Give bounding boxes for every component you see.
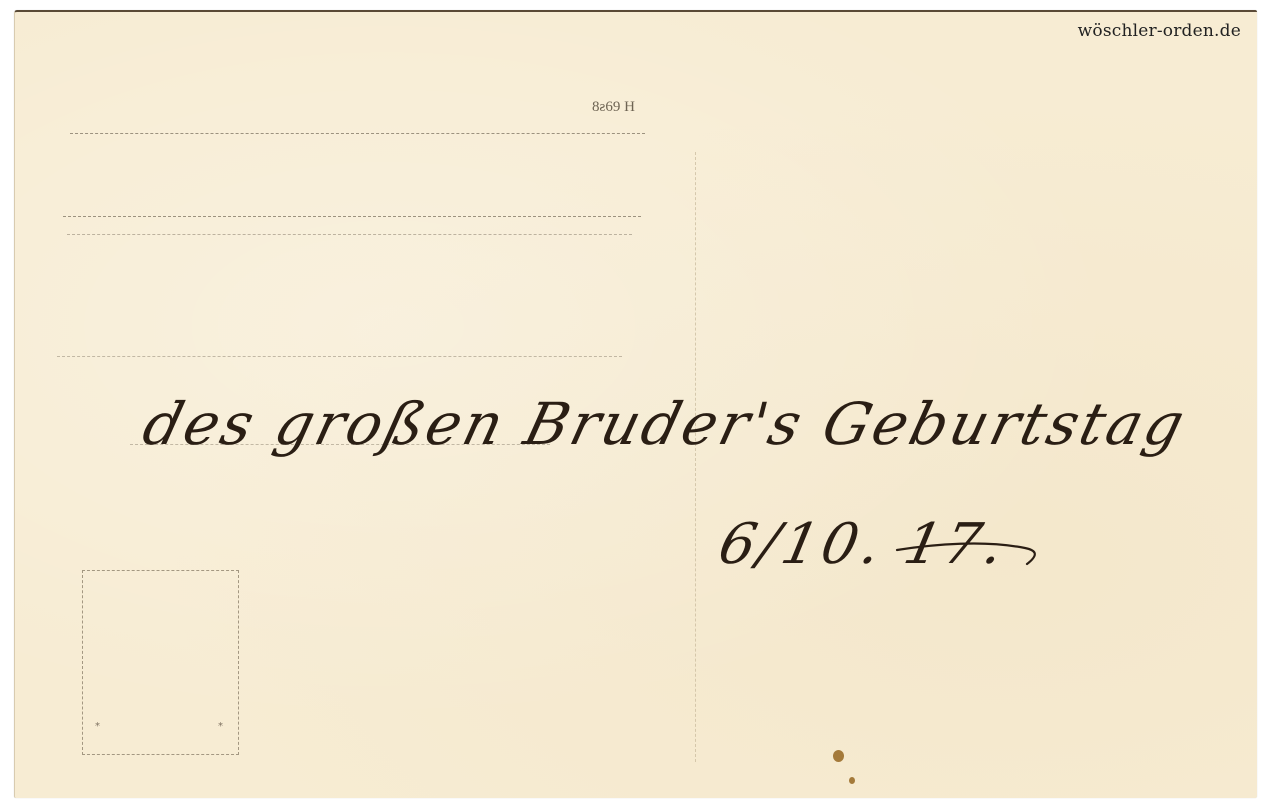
postcard-back: 8ƨ69 H * * des großen Bruder's Geburtsta… <box>14 10 1257 798</box>
stain-spot-small <box>849 777 855 784</box>
handwritten-dedication: des großen Bruder's Geburtstag <box>137 390 1194 458</box>
stain-spot <box>833 750 844 762</box>
star-mark-right: * <box>218 721 223 732</box>
address-line-4 <box>57 356 622 357</box>
star-mark-left: * <box>95 721 100 732</box>
site-watermark: wöschler-orden.de <box>1078 21 1241 41</box>
address-line-2 <box>63 216 641 217</box>
address-line-1 <box>70 133 645 134</box>
address-line-3 <box>67 234 632 235</box>
pen-flourish-icon <box>895 542 1045 582</box>
stamp-box: * * <box>82 570 239 755</box>
print-code: 8ƨ69 H <box>592 99 635 116</box>
